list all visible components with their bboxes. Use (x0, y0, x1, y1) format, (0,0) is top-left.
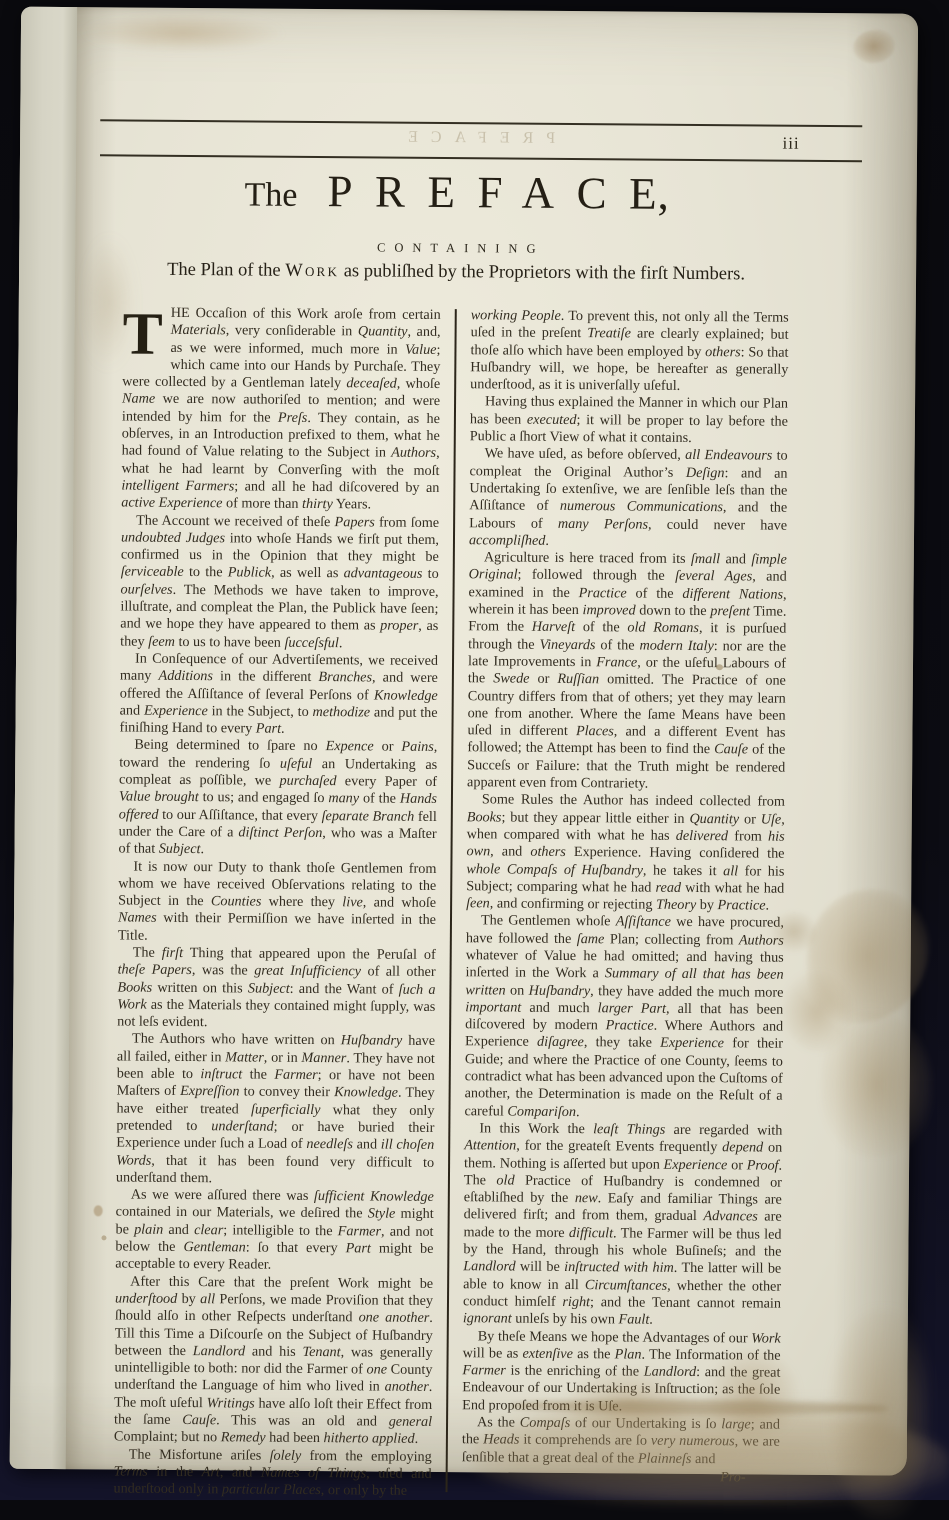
column-divider-rule (446, 309, 457, 1492)
header-rule-bottom (100, 154, 862, 162)
subtitle-smallcaps: Work (285, 261, 339, 281)
stain (806, 889, 929, 1024)
paragraph: Agriculture is here traced from its ſmal… (467, 549, 787, 794)
paragraph: The firſt Thing that appeared upon the P… (117, 944, 436, 1033)
stain (820, 1011, 933, 1158)
page-number: iii (756, 133, 826, 154)
page-title: ThePREFACE, (120, 163, 794, 220)
paragraph: THE Occaſion of this Work aroſe from cer… (121, 304, 441, 514)
showthrough-text: PREFACE (260, 128, 690, 149)
paragraph: Some Rules the Author has indeed collect… (466, 792, 785, 916)
paragraph: As we were aſſured there was ſufficient … (115, 1187, 434, 1276)
text-columns: THE Occaſion of this Work aroſe from cer… (113, 304, 788, 1500)
paragraph: Having thus explained the Manner in whic… (470, 394, 788, 448)
paragraph: The Misfortune ariſes ſolely from the em… (113, 1446, 431, 1500)
scanned-book-photo: { "page": { "page_number": "iii", "showt… (0, 0, 949, 1500)
drop-cap: T (122, 304, 170, 360)
catchword: Pro- (462, 1467, 780, 1487)
paragraph: We have uſed, as before obſerved, all En… (469, 446, 788, 552)
subtitle-pre: The Plan of the (167, 260, 285, 281)
header-rule-top (100, 119, 862, 127)
title-main: PREFACE (327, 166, 679, 219)
subtitle: The Plan of the Work as publiſhed by the… (97, 259, 815, 286)
containing-label: CONTAINING (123, 238, 789, 258)
stain (827, 1309, 931, 1500)
subtitle-post: as publiſhed by the Proprietors with the… (339, 261, 745, 284)
stain (853, 29, 895, 63)
paragraph: The Account we received of theſe Papers … (120, 512, 439, 653)
book-page: PREFACE iii ThePREFACE, CONTAINING The P… (10, 7, 918, 1476)
title-prefix: The (244, 176, 297, 213)
paragraph: In this Work the leaſt Things are regard… (463, 1120, 783, 1330)
title-comma: , (657, 169, 669, 219)
right-column: working People. To prevent this, not onl… (461, 307, 788, 1500)
stain (781, 971, 854, 1054)
paragraph: In Conſequence of our Advertiſements, we… (119, 650, 438, 739)
paragraph: working People. To prevent this, not onl… (470, 307, 789, 396)
paragraph: After this Care that the preſent Work mi… (114, 1273, 433, 1448)
paragraph: By theſe Means we hope the Advantages of… (462, 1328, 781, 1417)
paragraph: Being determined to ſpare no Expence or … (118, 737, 437, 861)
paragraph: The Gentlemen whoſe Aſſiſtance we have p… (464, 913, 784, 1123)
paragraph: As the Compaſs of our Undertaking is ſo … (462, 1414, 780, 1468)
left-column: THE Occaſion of this Work aroſe from cer… (113, 304, 440, 1500)
paragraph: It is now our Duty to thank thoſe Gentle… (118, 858, 437, 947)
paragraph: The Authors who have written on Huſbandr… (116, 1031, 435, 1189)
